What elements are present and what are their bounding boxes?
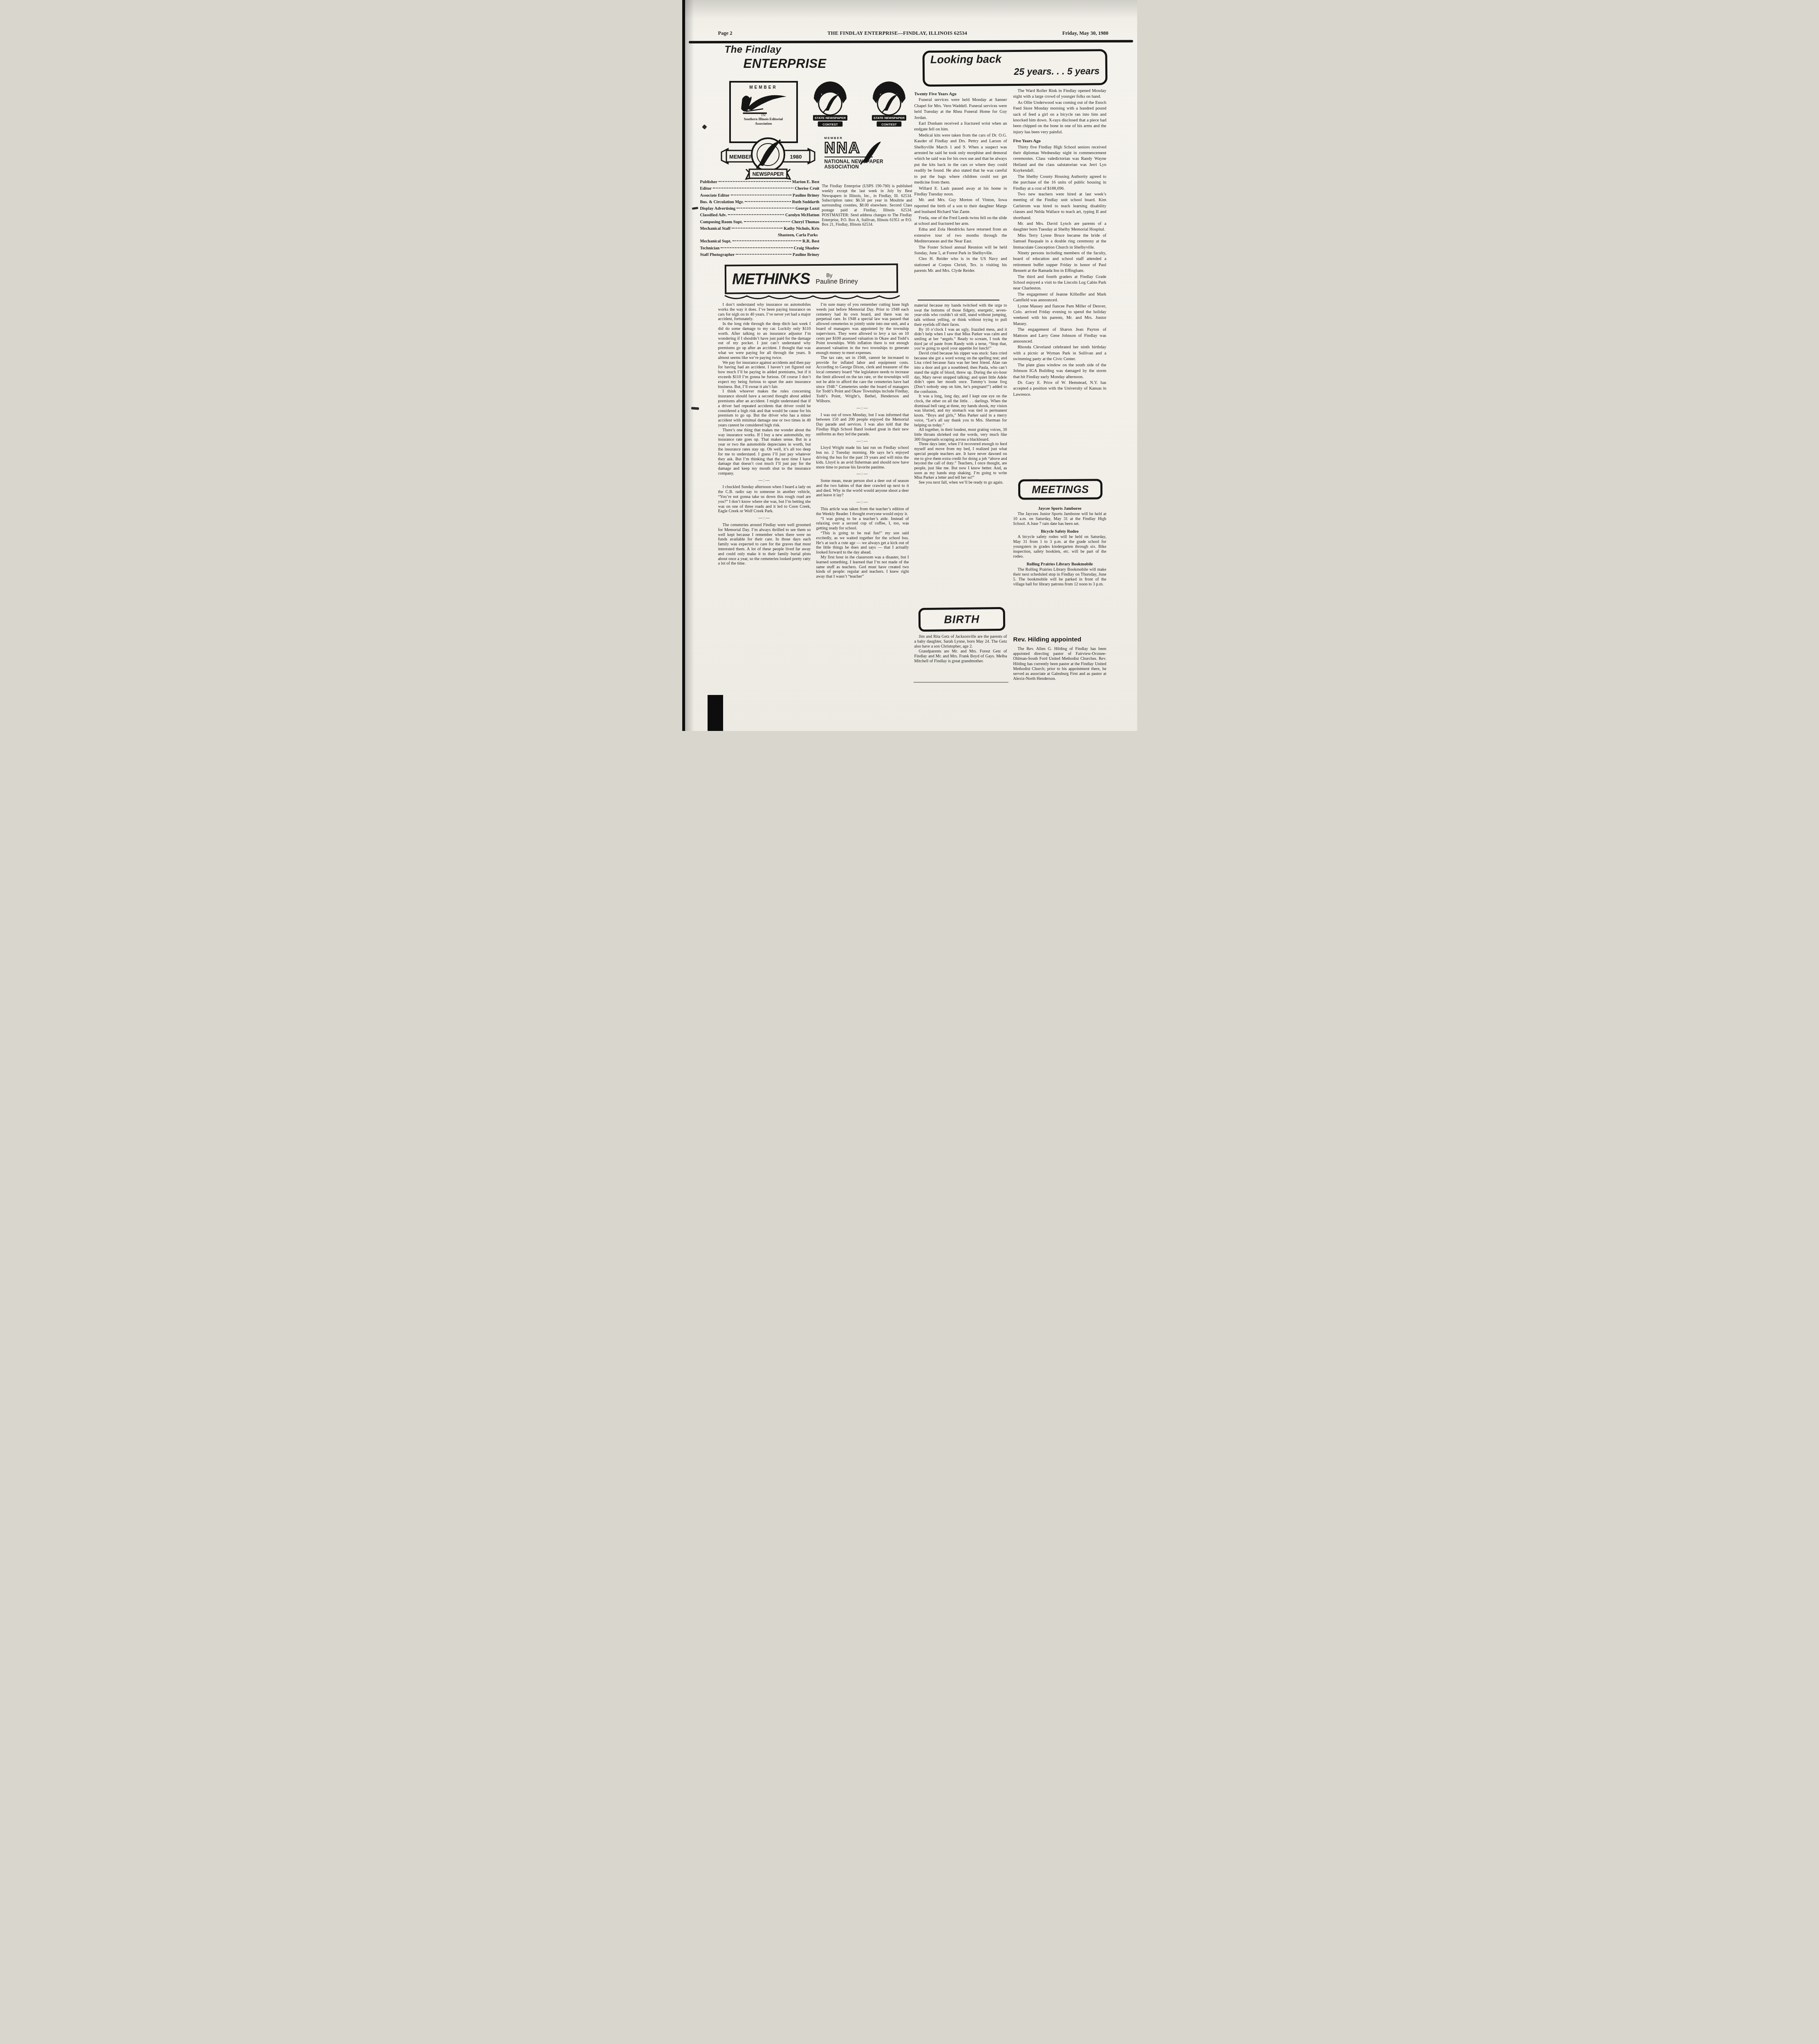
flow-item: Three days later, when I’d recovered eno… [914, 442, 1007, 480]
staff-role: Bus. & Circulation Mgr. [700, 199, 744, 206]
eagle-quill-icon [735, 91, 792, 116]
staff-row: Mechanical Supt. R.R. Best [700, 238, 820, 245]
looking-back-header-box: Looking back 25 years. . . 5 years [922, 49, 1107, 87]
scan-edge-shade [685, 0, 694, 731]
dot-leader [744, 221, 790, 222]
flow-item: I’m sure many of you remember cutting kn… [816, 303, 909, 356]
dot-leader [721, 247, 793, 248]
newspaper-page: Page 2 THE FINDLAY ENTERPRISE—FINDLAY, I… [682, 0, 1137, 731]
flow-item: —:— [816, 406, 909, 411]
illinois-contest-badge-icon: ILLINOIS STATE NEWSPAPER CONTEST [812, 78, 848, 130]
page-number: Page 2 [718, 30, 733, 36]
staff-name: Craig Shadow [794, 245, 820, 252]
page-header: Page 2 THE FINDLAY ENTERPRISE—FINDLAY, I… [718, 30, 1109, 36]
scallop-rule [724, 294, 901, 302]
svg-text:1980: 1980 [790, 154, 802, 160]
looking-back-title: Looking back [930, 53, 1099, 65]
staff-name-continued: Shasteen, Carla Parks [700, 232, 820, 238]
hilding-headline: Rev. Hilding appointed [1013, 636, 1107, 643]
flow-item: Dr. Gary E. Price of W. Hemstead, N.Y. h… [1013, 380, 1107, 398]
staff-row: Staff Photographer Pauline Briney [700, 252, 820, 258]
flow-item: It was a long, long day, and I kept one … [914, 394, 1007, 428]
dot-leader [731, 195, 791, 195]
staff-role: Composing Room Supt. [700, 219, 743, 226]
flow-item: Edna and Zola Hendricks have returned fr… [914, 227, 1007, 244]
staff-name: Carolyn McHatton [785, 212, 820, 219]
staff-row: Editor Cherise Cruit [700, 186, 820, 192]
flow-item: I think whoever makes the rules concerni… [718, 389, 811, 428]
flow-item: Bicycle Safety Rodeo [1013, 529, 1107, 534]
staff-role: Editor [700, 186, 712, 192]
flow-item: Some mean, mean person shot a deer out o… [816, 479, 909, 498]
staff-row: Associate Editor Pauline Briney [700, 193, 820, 199]
flow-item: The Rev. Allen G. Hilding of Findlay has… [1013, 647, 1107, 681]
flow-item: There’s one thing that makes me wonder a… [718, 428, 811, 476]
header-rule [688, 40, 1133, 43]
staff-name: Kathy Nichols, Kris [784, 226, 819, 232]
flow-item: The tax rate, set in 1948, cannot be inc… [816, 356, 909, 404]
methinks-column-1: I don’t understand why insurance on auto… [718, 303, 811, 724]
scan-artifact [691, 407, 699, 410]
flow-item: Earl Dunham received a fractured wrist w… [914, 121, 1007, 133]
methinks-byline: By Pauline Briney [815, 271, 858, 286]
looking-back-column-left: Twenty Five Years AgoFuneral services we… [914, 88, 1007, 299]
dot-leader [737, 208, 794, 208]
flow-item: I chuckled Sunday afternoon when I heard… [718, 485, 811, 514]
staff-row: Display Advertising George Lozzi [700, 206, 820, 212]
flow-item: Ninety persons including members of the … [1013, 251, 1107, 274]
staff-name: Pauline Briney [793, 193, 820, 199]
illinois-press-association-badge-icon: MEMBER 1980 NEWSPAPER [720, 135, 816, 182]
publication-notice: The Findlay Enterprise (USPS 190-760) is… [822, 184, 912, 227]
dot-leader [745, 201, 791, 202]
flow-item: I was out of town Monday, but I was info… [816, 413, 909, 437]
flow-item: Funeral services were held Monday at San… [914, 97, 1007, 121]
flow-item: material because my hands twitched with … [914, 303, 1007, 327]
looking-back-column-right: The Ward Roller Rink in Findlay opened M… [1013, 88, 1107, 477]
flow-item: The Ward Roller Rink in Findlay opened M… [1013, 88, 1107, 100]
column-rule [914, 682, 1008, 683]
dot-leader [713, 188, 793, 188]
dot-leader [732, 228, 782, 229]
staff-role: Mechanical Supt. [700, 238, 732, 245]
dot-leader [736, 254, 791, 255]
staff-row: Bus. & Circulation Mgr. Ruth Suddarth [700, 199, 820, 206]
staff-role: Classified Adv. [700, 212, 727, 219]
flow-item: I don’t understand why insurance on auto… [718, 303, 811, 322]
flow-item: “I was going to be a teacher’s aide. Ins… [816, 517, 909, 531]
methinks-column-3: material because my hands twitched with … [914, 303, 1007, 601]
flow-item: Lynne Massey and fiancee Pam Miller of D… [1013, 304, 1107, 327]
flow-item: The cemeteries around Findlay were well … [718, 523, 811, 566]
flow-item: The Shelby County Housing Authority agre… [1013, 174, 1107, 192]
flow-item: Medical kits were taken from the cars of… [914, 133, 1007, 186]
flow-item: The Foster School annual Reunion will be… [914, 245, 1007, 257]
staff-role: Display Advertising [700, 206, 736, 212]
flow-item: The third and fourth graders at Findlay … [1013, 274, 1107, 292]
illinois-contest-badge-icon: ILLINOIS STATE NEWSPAPER CONTEST [871, 78, 907, 130]
flow-item: Miss Terry Lynne Bruce became the bride … [1013, 233, 1107, 251]
flow-item: The engagement of Jeanne Kilhoffer and M… [1013, 292, 1107, 304]
birth-title: BIRTH [944, 614, 979, 625]
flow-item: See you next fall, when we’ll be ready t… [914, 480, 1007, 485]
birth-header-box: BIRTH [918, 607, 1005, 632]
siea-org-line1: Southern Illinois Editorial [731, 117, 796, 121]
flow-item: —:— [816, 439, 909, 444]
staff-role: Associate Editor [700, 193, 730, 199]
staff-name: Cheryl Thomas [791, 219, 819, 226]
flow-item: Thirty five Findlay High School seniors … [1013, 145, 1107, 174]
flow-item: Mr. and Mrs. Guy Morton of Vinton, Iowa … [914, 197, 1007, 215]
quill-icon [859, 139, 883, 165]
staff-name: Cherise Cruit [795, 186, 819, 192]
staff-name: Pauline Briney [793, 252, 820, 258]
masthead-title-line1: The Findlay [725, 45, 782, 55]
flow-item: Two new teachers were hired at last week… [1013, 192, 1107, 221]
birth-article: Jim and Rita Getz of Jacksonville are th… [914, 634, 1007, 679]
dot-leader [728, 214, 784, 215]
flow-item: Rolling Prairies Library Bookmobile [1013, 562, 1107, 567]
staff-name: Ruth Suddarth [792, 199, 820, 206]
siea-member-label: MEMBER [731, 86, 796, 90]
siea-member-badge: MEMBER The Southern Illinois Editorial A… [729, 81, 798, 143]
flow-item: The Rolling Prairies Library Bookmobile … [1013, 567, 1107, 587]
flow-item: Willard E. Lash passed away at his home … [914, 186, 1007, 198]
svg-text:NEWSPAPER: NEWSPAPER [752, 171, 784, 177]
flow-item: Rhonda Cleveland celebrated her ninth bi… [1013, 345, 1107, 362]
flow-item: As Ollie Underwood was coming out of the… [1013, 100, 1107, 135]
staff-role: Publisher [700, 179, 717, 186]
flow-item: Freda, one of the Fred Leeds twins fell … [914, 215, 1007, 227]
byline-author: Pauline Briney [815, 278, 858, 286]
flow-item: The engagement of Sharon Jean Payton of … [1013, 327, 1107, 345]
newspaper-name-line: THE FINDLAY ENTERPRISE—FINDLAY, ILLINOIS… [733, 30, 1062, 36]
flow-item: This article was taken from the teacher’… [816, 507, 909, 517]
staff-row: Composing Room Supt. Cheryl Thomas [700, 219, 820, 226]
flow-item: Cleo H. Reider who is in the US Navy and… [914, 256, 1007, 274]
staff-row: Mechanical Staff Kathy Nichols, Kris Sha… [700, 226, 820, 238]
flow-item: The plate glass window on the south side… [1013, 363, 1107, 380]
flow-item: By 10 o’clock I was an ugly, frazzled me… [914, 327, 1007, 352]
flow-item: All together, in their loudest, most gra… [914, 428, 1007, 442]
masthead-title-line2: ENTERPRISE [744, 57, 827, 70]
flow-item: Lloyd Wright made his last run on Findla… [816, 446, 909, 470]
methinks-column-2: I’m sure many of you remember cutting kn… [816, 303, 909, 724]
dot-leader [719, 181, 791, 182]
flow-item: In the long ride through the deep ditch … [718, 322, 811, 360]
flow-item: Five Years Ago [1013, 139, 1107, 144]
siea-the-label: The [731, 114, 796, 117]
flow-item: —:— [718, 516, 811, 521]
flow-item: “This is going to be real fun!” my son s… [816, 531, 909, 555]
flow-item: Mr. and Mrs. David Lynch are parents of … [1013, 221, 1107, 233]
flow-item: —:— [718, 478, 811, 483]
flow-item: —:— [816, 472, 909, 477]
svg-text:STATE NEWSPAPER: STATE NEWSPAPER [873, 116, 905, 120]
flow-item: —:— [816, 500, 909, 505]
staff-name: George Lozzi [795, 206, 820, 212]
flow-item: A bicycle safety rodeo will be held on S… [1013, 535, 1107, 559]
meetings-title: MEETINGS [1032, 484, 1089, 495]
dot-leader [733, 240, 801, 241]
staff-role: Staff Photographer [700, 252, 735, 258]
staff-row: Technician Craig Shadow [700, 245, 820, 252]
flow-item: We pay for insurance against accidents a… [718, 361, 811, 390]
hilding-article: The Rev. Allen G. Hilding of Findlay has… [1013, 647, 1107, 728]
flow-item: Jim and Rita Getz of Jacksonville are th… [914, 634, 1007, 649]
flow-item: David cried because his zipper was stuck… [914, 351, 1007, 394]
byline-by: By [826, 272, 858, 278]
flow-item: My first hour in the classroom was a dis… [816, 555, 909, 579]
staff-directory: Publisher Marion E. Best Editor Cherise … [700, 179, 820, 258]
staff-name: R.R. Best [802, 238, 819, 245]
scan-edge-strip [682, 0, 685, 731]
nna-member-badge: MEMBER NNA NATIONAL NEWSPAPER ASSOCIATIO… [824, 137, 894, 170]
flow-item: Jaycee Sports Jamboree [1013, 507, 1107, 511]
svg-text:MEMBER: MEMBER [729, 154, 753, 160]
flow-item: Twenty Five Years Ago [914, 92, 1007, 97]
looking-back-subtitle: 25 years. . . 5 years [930, 66, 1099, 77]
meetings-header-box: MEETINGS [1018, 479, 1102, 500]
flow-item: Grandparents are Mr. and Mrs. Forest Get… [914, 649, 1007, 664]
staff-name: Marion E. Best [792, 179, 820, 186]
column-rule [918, 300, 999, 300]
svg-text:CONTEST: CONTEST [822, 123, 838, 126]
methinks-header-box: METHINKS By Pauline Briney [724, 264, 898, 294]
svg-text:CONTEST: CONTEST [881, 123, 897, 126]
svg-text:STATE NEWSPAPER: STATE NEWSPAPER [814, 116, 846, 120]
siea-org-line2: Association [731, 121, 796, 126]
staff-row: Publisher Marion E. Best [700, 179, 820, 186]
scan-artifact [692, 207, 698, 210]
staff-role: Technician [700, 245, 720, 252]
staff-row: Classified Adv. Carolyn McHatton [700, 212, 820, 219]
issue-date: Friday, May 30, 1980 [1062, 30, 1109, 36]
scan-smudge [682, 0, 1137, 19]
flow-item: The Jaycees Junior Sports Jamboree will … [1013, 512, 1107, 527]
scan-artifact [702, 124, 707, 130]
staff-role: Mechanical Staff [700, 226, 731, 232]
meetings-list: Jaycee Sports JamboreeThe Jaycees Junior… [1013, 504, 1107, 634]
methinks-title: METHINKS [732, 271, 810, 287]
